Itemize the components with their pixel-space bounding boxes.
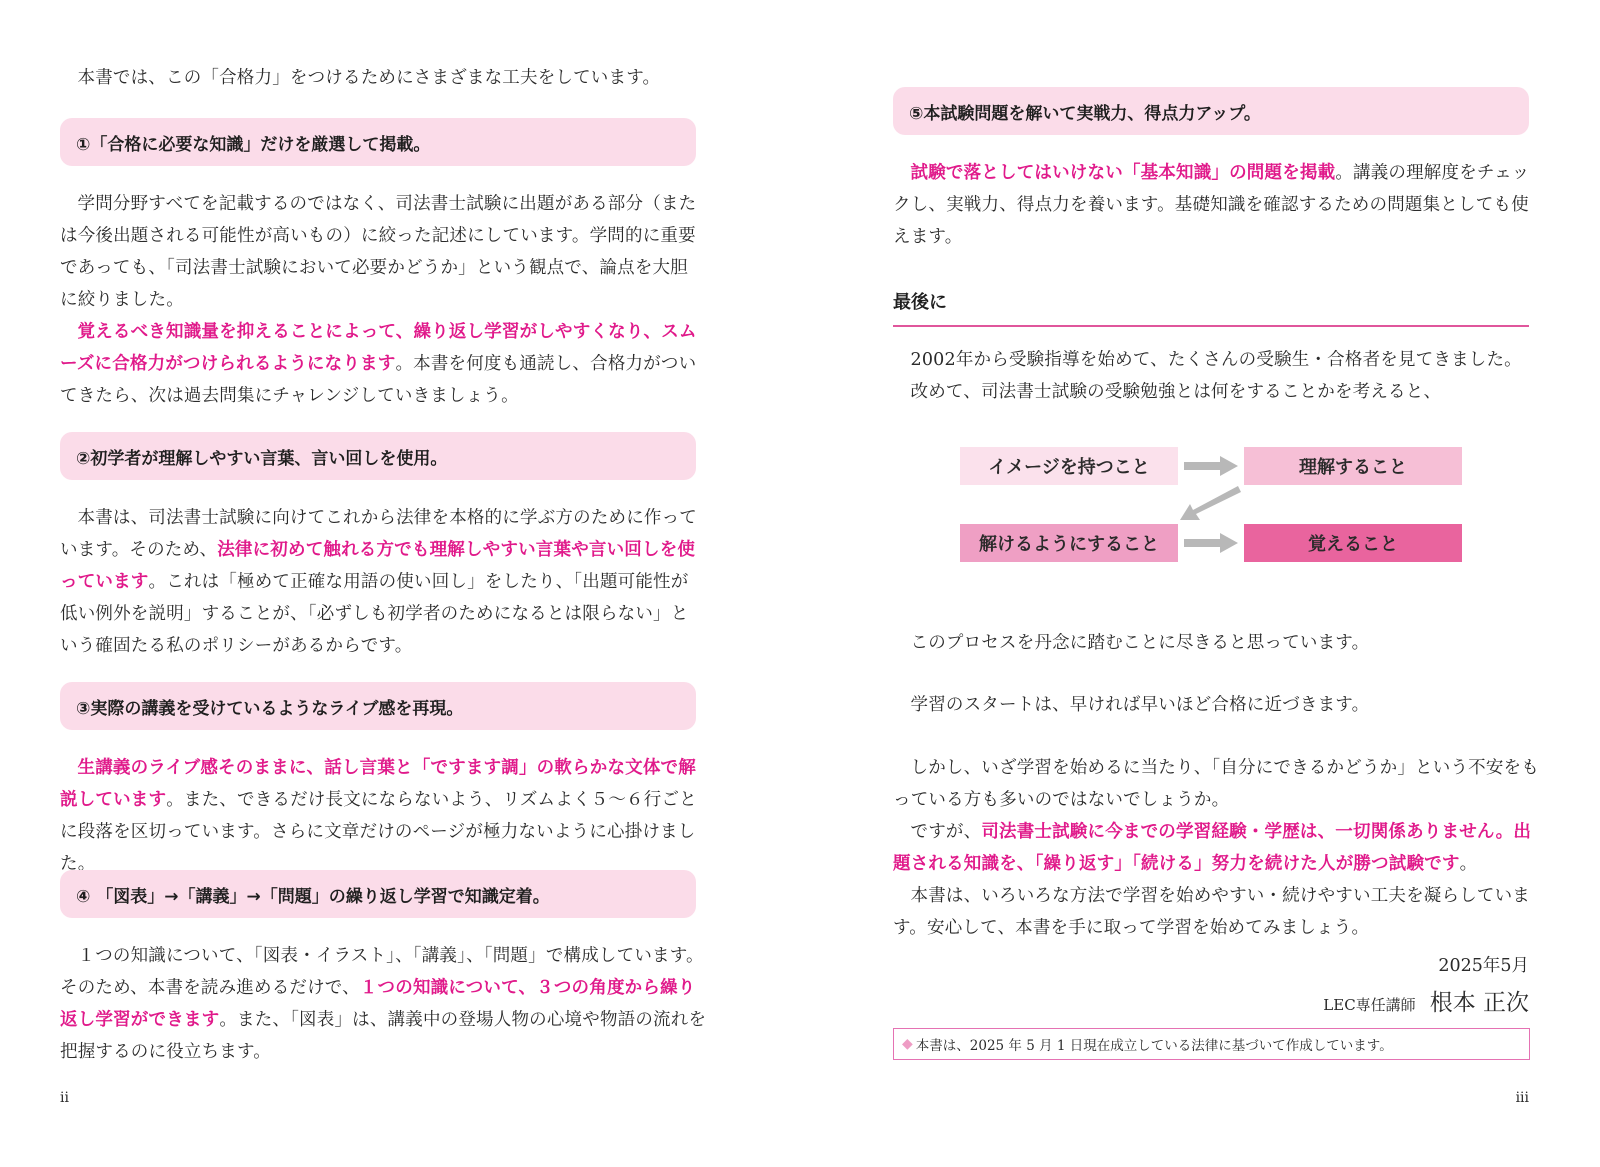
arrow-right-icon [1184,456,1240,476]
section-heading-1: ①「合格に必要な知識」だけを厳選して掲載。 [60,118,696,166]
closing-title: 最後に [893,288,947,314]
closing-paragraph-1: 2002年から受験指導を始めて、たくさんの受験生・合格者を見てきました。 改めて… [893,344,1553,408]
section-4-body: １つの知識について、「図表・イラスト」、「講義」、「問題」で構成しています。その… [60,940,708,1068]
body-text: 改めて、司法書士試験の受験勉強とは何をすることかを考えると、 [893,376,1553,408]
section-3-paragraph-1: 生講義のライブ感そのままに、話し言葉と「ですます調」の軟らかな文体で解説していま… [60,752,708,880]
section-1-paragraph-2: 覚えるべき知識量を抑えることによって、繰り返し学習がしやすくなり、スムーズに合格… [60,316,700,412]
right-page: ⑤本試験問題を解いて実戦力、得点力アップ。 試験で落としてはいけない「基本知識」… [800,0,1600,1167]
section-heading-5: ⑤本試験問題を解いて実戦力、得点力アップ。 [893,87,1529,135]
arrow-down-left-icon [1178,484,1242,524]
flow-box-understand: 理解すること [1244,447,1462,485]
author-name: 根本 正次 [1430,990,1529,1016]
arrow-right-icon [1184,533,1240,553]
date: 2025年5月 [1438,952,1529,977]
flow-box-solve: 解けるようにすること [960,524,1178,562]
section-heading-3: ③実際の講義を受けているようなライブ感を再現。 [60,682,696,730]
section-1-body: 学問分野すべてを記載するのではなく、司法書士試験に出題がある部分（または今後出題… [60,188,700,412]
body-text: 。これは「極めて正確な用語の使い回し」をしたり、「出題可能性が低い例外を説明」す… [60,572,688,656]
title-divider [893,325,1529,327]
body-text: しかし、いざ学習を始めるに当たり、「自分にできるかどうか」という不安をもっている… [893,752,1541,816]
section-heading-2: ②初学者が理解しやすい言葉、言い回しを使用。 [60,432,696,480]
left-page: 本書では、この「合格力」をつけるためにさまざまな工夫をしています。 ①「合格に必… [0,0,800,1167]
highlight-text: 試験で落としてはいけない「基本知識」の問題を掲載 [911,163,1336,183]
highlight-text: 司法書士試験に今までの学習経験・学歴は、一切関係ありません。出題される知識を、「… [893,822,1531,874]
section-2-body: 本書は、司法書士試験に向けてこれから法律を本格的に学ぶ方のために作っています。そ… [60,502,700,662]
section-3-body: 生講義のライブ感そのままに、話し言葉と「ですます調」の軟らかな文体で解説していま… [60,752,708,880]
section-1-paragraph-1: 学問分野すべてを記載するのではなく、司法書士試験に出題がある部分（または今後出題… [60,188,700,316]
closing-paragraph-5: ですが、司法書士試験に今までの学習経験・学歴は、一切関係ありません。出題される知… [893,816,1541,880]
body-text: ですが、 [911,822,982,842]
intro-text: 本書では、この「合格力」をつけるためにさまざまな工夫をしています。 [60,62,700,94]
author-title: LEC専任講師 [1323,996,1415,1014]
closing-paragraph-4-6: しかし、いざ学習を始めるに当たり、「自分にできるかどうか」という不安をもっている… [893,752,1541,944]
body-text: 本書は、いろいろな方法で学習を始めやすい・続けやすい工夫を凝らしています。安心し… [893,880,1541,944]
legal-notice-box: ◆本書は、2025 年 5 月 1 日現在成立している法律に基づいて作成していま… [893,1028,1530,1060]
section-5-paragraph: 試験で落としてはいけない「基本知識」の問題を掲載。講義の理解度をチェックし、実戦… [893,157,1533,253]
closing-paragraph-3: 学習のスタートは、早ければ早いほど合格に近づきます。 [893,689,1533,721]
section-5-body: 試験で落としてはいけない「基本知識」の問題を掲載。講義の理解度をチェックし、実戦… [893,157,1533,253]
section-2-paragraph-1: 本書は、司法書士試験に向けてこれから法律を本格的に学ぶ方のために作っています。そ… [60,502,700,662]
author-signature: LEC専任講師根本 正次 [1323,984,1529,1017]
body-text: 。 [1460,854,1478,874]
closing-paragraph-2: このプロセスを丹念に踏むことに尽きると思っています。 [893,627,1533,659]
section-4-paragraph-1: １つの知識について、「図表・イラスト」、「講義」、「問題」で構成しています。その… [60,940,708,1068]
body-text: 2002年から受験指導を始めて、たくさんの受験生・合格者を見てきました。 [893,344,1553,376]
flow-box-memorize: 覚えること [1244,524,1462,562]
notice-text: 本書は、2025 年 5 月 1 日現在成立している法律に基づいて作成しています… [916,1034,1393,1054]
flow-box-image: イメージを持つこと [960,447,1178,485]
page-number: ii [60,1090,69,1106]
section-heading-4: ④ 「図表」→「講義」→「問題」の繰り返し学習で知識定着。 [60,870,696,918]
page-number: iii [1516,1090,1529,1106]
diamond-icon: ◆ [902,1036,913,1052]
